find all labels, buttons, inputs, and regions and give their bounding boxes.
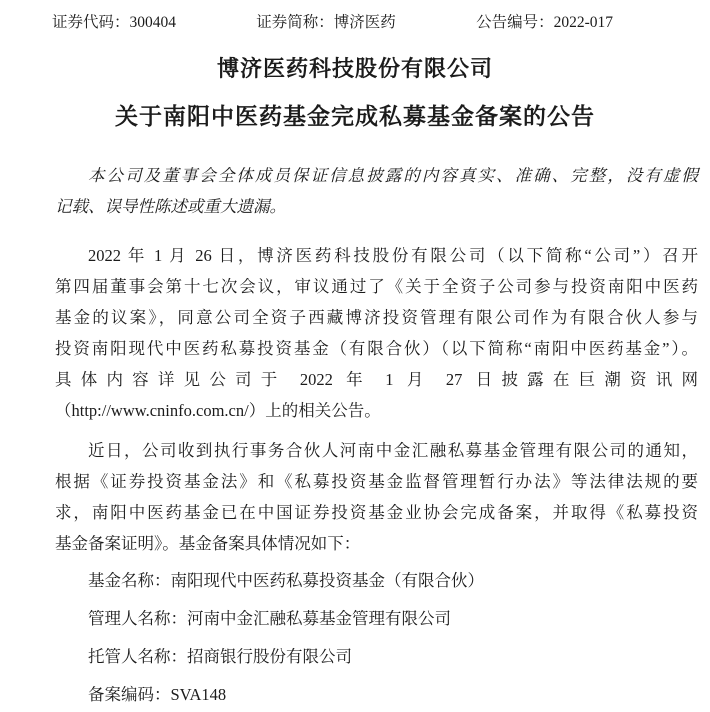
stock-code: 证券代码：300404 [52, 13, 176, 33]
company-name-title: 博济医药科技股份有限公司 [0, 55, 710, 83]
board-meeting-paragraph: 2022 年 1 月 26 日，博济医药科技股份有限公司（以下简称“公司”）召开… [55, 240, 698, 426]
body-line: 第四届董事会第十七次会议，审议通过了《关于全资子公司参与投资南阳中医药 [55, 271, 698, 302]
filing-detail-custodian-name: 托管人名称：招商银行股份有限公司 [55, 638, 698, 676]
document-body: 本公司及董事会全体成员保证信息披露的内容真实、准确、完整，没有虚假 记载、误导性… [55, 160, 698, 712]
filing-detail-manager-name: 管理人名称：河南中金汇融私募基金管理有限公司 [55, 600, 698, 638]
body-line: 根据《证券投资基金法》和《私募投资基金监督管理暂行办法》等法律法规的要 [55, 466, 698, 497]
document-header: 证券代码：300404 证券简称：博济医药 公告编号：2022-017 [52, 13, 613, 33]
body-line: （http://www.cninfo.com.cn/）上的相关公告。 [55, 395, 698, 426]
disclaimer-paragraph: 本公司及董事会全体成员保证信息披露的内容真实、准确、完整，没有虚假 记载、误导性… [55, 160, 698, 222]
announcement-document: 证券代码：300404 证券简称：博济医药 公告编号：2022-017 博济医药… [0, 0, 710, 712]
body-line: 基金备案证明》。基金备案具体情况如下： [55, 528, 698, 559]
filing-notice-paragraph: 近日，公司收到执行事务合伙人河南中金汇融私募基金管理有限公司的通知， 根据《证券… [55, 435, 698, 559]
announcement-number: 公告编号：2022-017 [476, 13, 613, 33]
body-line: 投资南阳现代中医药私募投资基金（有限合伙）（以下简称“南阳中医药基金”）。 [55, 333, 698, 364]
disclaimer-line: 本公司及董事会全体成员保证信息披露的内容真实、准确、完整，没有虚假 [55, 160, 698, 191]
body-line: 2022 年 1 月 26 日，博济医药科技股份有限公司（以下简称“公司”）召开 [55, 240, 698, 271]
body-line: 近日，公司收到执行事务合伙人河南中金汇融私募基金管理有限公司的通知， [55, 435, 698, 466]
body-line: 基金的议案》，同意公司全资子西藏博济投资管理有限公司作为有限合伙人参与 [55, 302, 698, 333]
announcement-title: 关于南阳中医药基金完成私募基金备案的公告 [0, 101, 710, 131]
filing-detail-fund-name: 基金名称：南阳现代中医药私募投资基金（有限合伙） [55, 562, 698, 600]
disclaimer-line: 记载、误导性陈述或重大遗漏。 [55, 191, 698, 222]
body-line: 求，南阳中医药基金已在中国证券投资基金业协会完成备案，并取得《私募投资 [55, 497, 698, 528]
stock-abbreviation: 证券简称：博济医药 [256, 13, 396, 33]
filing-detail-filing-code: 备案编码：SVA148 [55, 676, 698, 712]
body-line: 具体内容详见公司于 2022 年 1 月 27 日披露在巨潮资讯网 [55, 364, 698, 395]
filing-details-list: 基金名称：南阳现代中医药私募投资基金（有限合伙） 管理人名称：河南中金汇融私募基… [55, 562, 698, 712]
